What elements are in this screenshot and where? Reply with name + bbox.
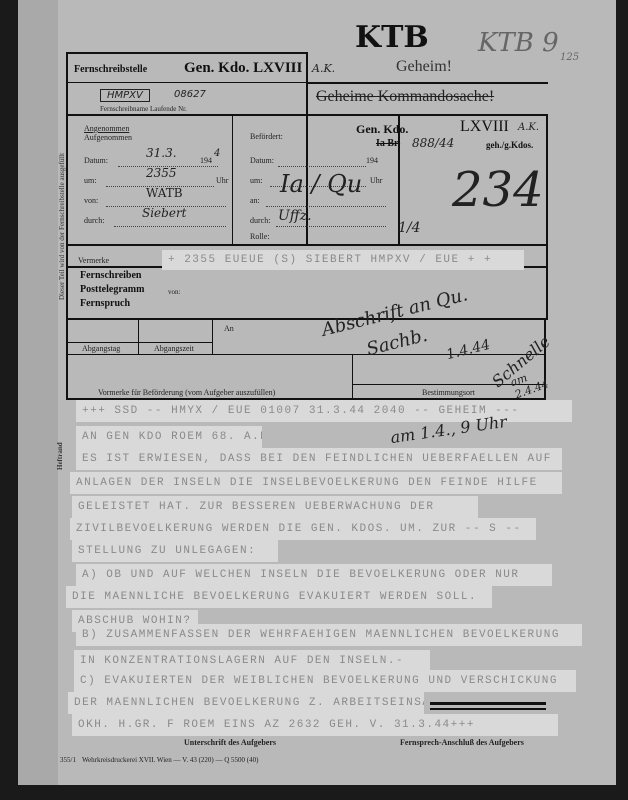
ktb-stamp: KTB <box>355 20 429 55</box>
gen-kdo-stamp: Gen. Kdo. <box>356 122 408 137</box>
message-line: A) OB UND AUF WELCHEN INSELN DIE BEVOELK… <box>76 564 552 586</box>
message-line: DIE MAENNLICHE BEVOELKERUNG EVAKUIERT WE… <box>66 586 492 608</box>
bef-durch-value: Uffz. <box>278 208 312 224</box>
geheim-label: Geheim! <box>396 58 452 76</box>
message-line: AN GEN KDO ROEM 68. A.K. - <box>76 426 262 448</box>
ia-label: Ia Br. <box>376 138 400 149</box>
fernschreibname-value: HMPXV <box>100 89 150 102</box>
laufende-nr-value: 08627 <box>174 89 206 100</box>
bef-an-value: Ia / Qu <box>280 170 362 198</box>
geheime-kommandosache-label: Geheime Kommandosache! <box>316 88 494 106</box>
ia-value: 888/44 <box>412 136 454 150</box>
bef-year-prefix: 194 <box>366 156 378 165</box>
fernschreibstelle-value: Gen. Kdo. LXVIII <box>184 60 302 77</box>
message-line: DER MAENNLICHEN BEVOELKERUNG Z. ARBEITSE… <box>68 692 424 714</box>
fernschreibname-label: Fernschreibname Laufende Nr. <box>100 105 187 113</box>
um-value: 2355 <box>146 166 177 180</box>
bestimmungsort-label: Bestimmungsort <box>422 388 475 397</box>
message-line: GELEISTET HAT. ZUR BESSEREN UEBERWACHUNG… <box>72 496 478 518</box>
side-note: Dieser Teil wird von der Fernschreibstel… <box>58 153 66 300</box>
bef-datum-label: Datum: <box>250 156 274 165</box>
year-value: 4 <box>214 148 220 159</box>
message-line: STELLUNG ZU UNLEGAGEN: <box>72 540 278 562</box>
rolle-label: Rolle: <box>250 232 270 241</box>
angenommen-label: Angenommen <box>84 124 129 133</box>
fernschreiben-label: Fernschreiben <box>80 270 141 281</box>
message-line: ZIVILBEVOELKERUNG WERDEN DIE GEN. KDOS. … <box>70 518 536 540</box>
befoerdert-label: Befördert: <box>250 132 283 141</box>
corps-suffix: A.K. <box>518 122 539 133</box>
rolle-value: 1/4 <box>398 220 421 236</box>
an-label: An <box>224 324 234 333</box>
posttelegramm-label: Posttelegramm <box>80 284 144 295</box>
archive-ref-sub: 125 <box>560 52 579 63</box>
bef-uhr-label: Uhr <box>370 176 382 185</box>
message-line: ANLAGEN DER INSELN DIE INSELBEVOELKERUNG… <box>70 472 562 494</box>
posttelegramm-von-label: von: <box>168 288 180 296</box>
von-value: WATB <box>146 186 183 200</box>
message-line: C) EVAKUIERTEN DER WEIBLICHEN BEVOELKERU… <box>74 670 576 692</box>
von-label: von: <box>84 196 98 205</box>
datum-label: Datum: <box>84 156 108 165</box>
handnote-date: 1.4.44 <box>445 337 492 363</box>
year-prefix: 194 <box>200 156 212 165</box>
fernschreibstelle-label: Fernschreibstelle <box>74 64 147 75</box>
datum-value: 31.3. <box>146 146 177 160</box>
heftrand-label: Heftrand <box>56 442 64 470</box>
uhr-label: Uhr <box>216 176 228 185</box>
classification-stamp: geh./g.Kdos. <box>486 140 533 150</box>
message-line: OKH. H.GR. F ROEM EINS AZ 2632 GEH. V. 3… <box>72 714 558 736</box>
printer-imprint: Wehrkreisdruckerei XVII. Wien — V. 43 (2… <box>82 756 258 764</box>
unterschrift-label: Unterschrift des Aufgebers <box>184 738 276 747</box>
abgangszeit-label: Abgangszeit <box>154 344 194 353</box>
form-number: 355/1 <box>60 756 76 764</box>
fernspruch-label: Fernspruch <box>80 298 130 309</box>
corps-stamp: LXVIII <box>460 118 509 136</box>
abgangstag-label: Abgangstag <box>82 344 120 353</box>
message-line: IN KONZENTRATIONSLAGERN AUF DEN INSELN.- <box>74 650 430 672</box>
durch-label: durch: <box>84 216 104 225</box>
fernsprech-label: Fernsprech-Anschluß des Aufgebers <box>400 738 524 747</box>
bef-durch-label: durch: <box>250 216 270 225</box>
aufgenommen-label: Aufgenommen <box>84 133 132 142</box>
um-label: um: <box>84 176 96 185</box>
page-margin <box>18 0 58 785</box>
vermerke-label: Vermerke <box>78 256 109 265</box>
message-line: ES IST ERWIESEN, DASS BEI DEN FEINDLICHE… <box>76 448 562 470</box>
fernschreibstelle-suffix: A.K. <box>312 62 335 75</box>
vormerke-befoerderung-label: Vormerke für Beförderung (vom Aufgeber a… <box>98 388 275 397</box>
message-line: B) ZUSAMMENFASSEN DER WEHRFAEHIGEN MAENN… <box>76 624 582 646</box>
document-number: 234 <box>452 162 544 218</box>
durch-value: Siebert <box>142 206 187 220</box>
bef-an-label: an: <box>250 196 260 205</box>
bef-um-label: um: <box>250 176 262 185</box>
telegram-form: Fernschreibstelle Gen. Kdo. LXVIII A.K. … <box>66 52 548 400</box>
